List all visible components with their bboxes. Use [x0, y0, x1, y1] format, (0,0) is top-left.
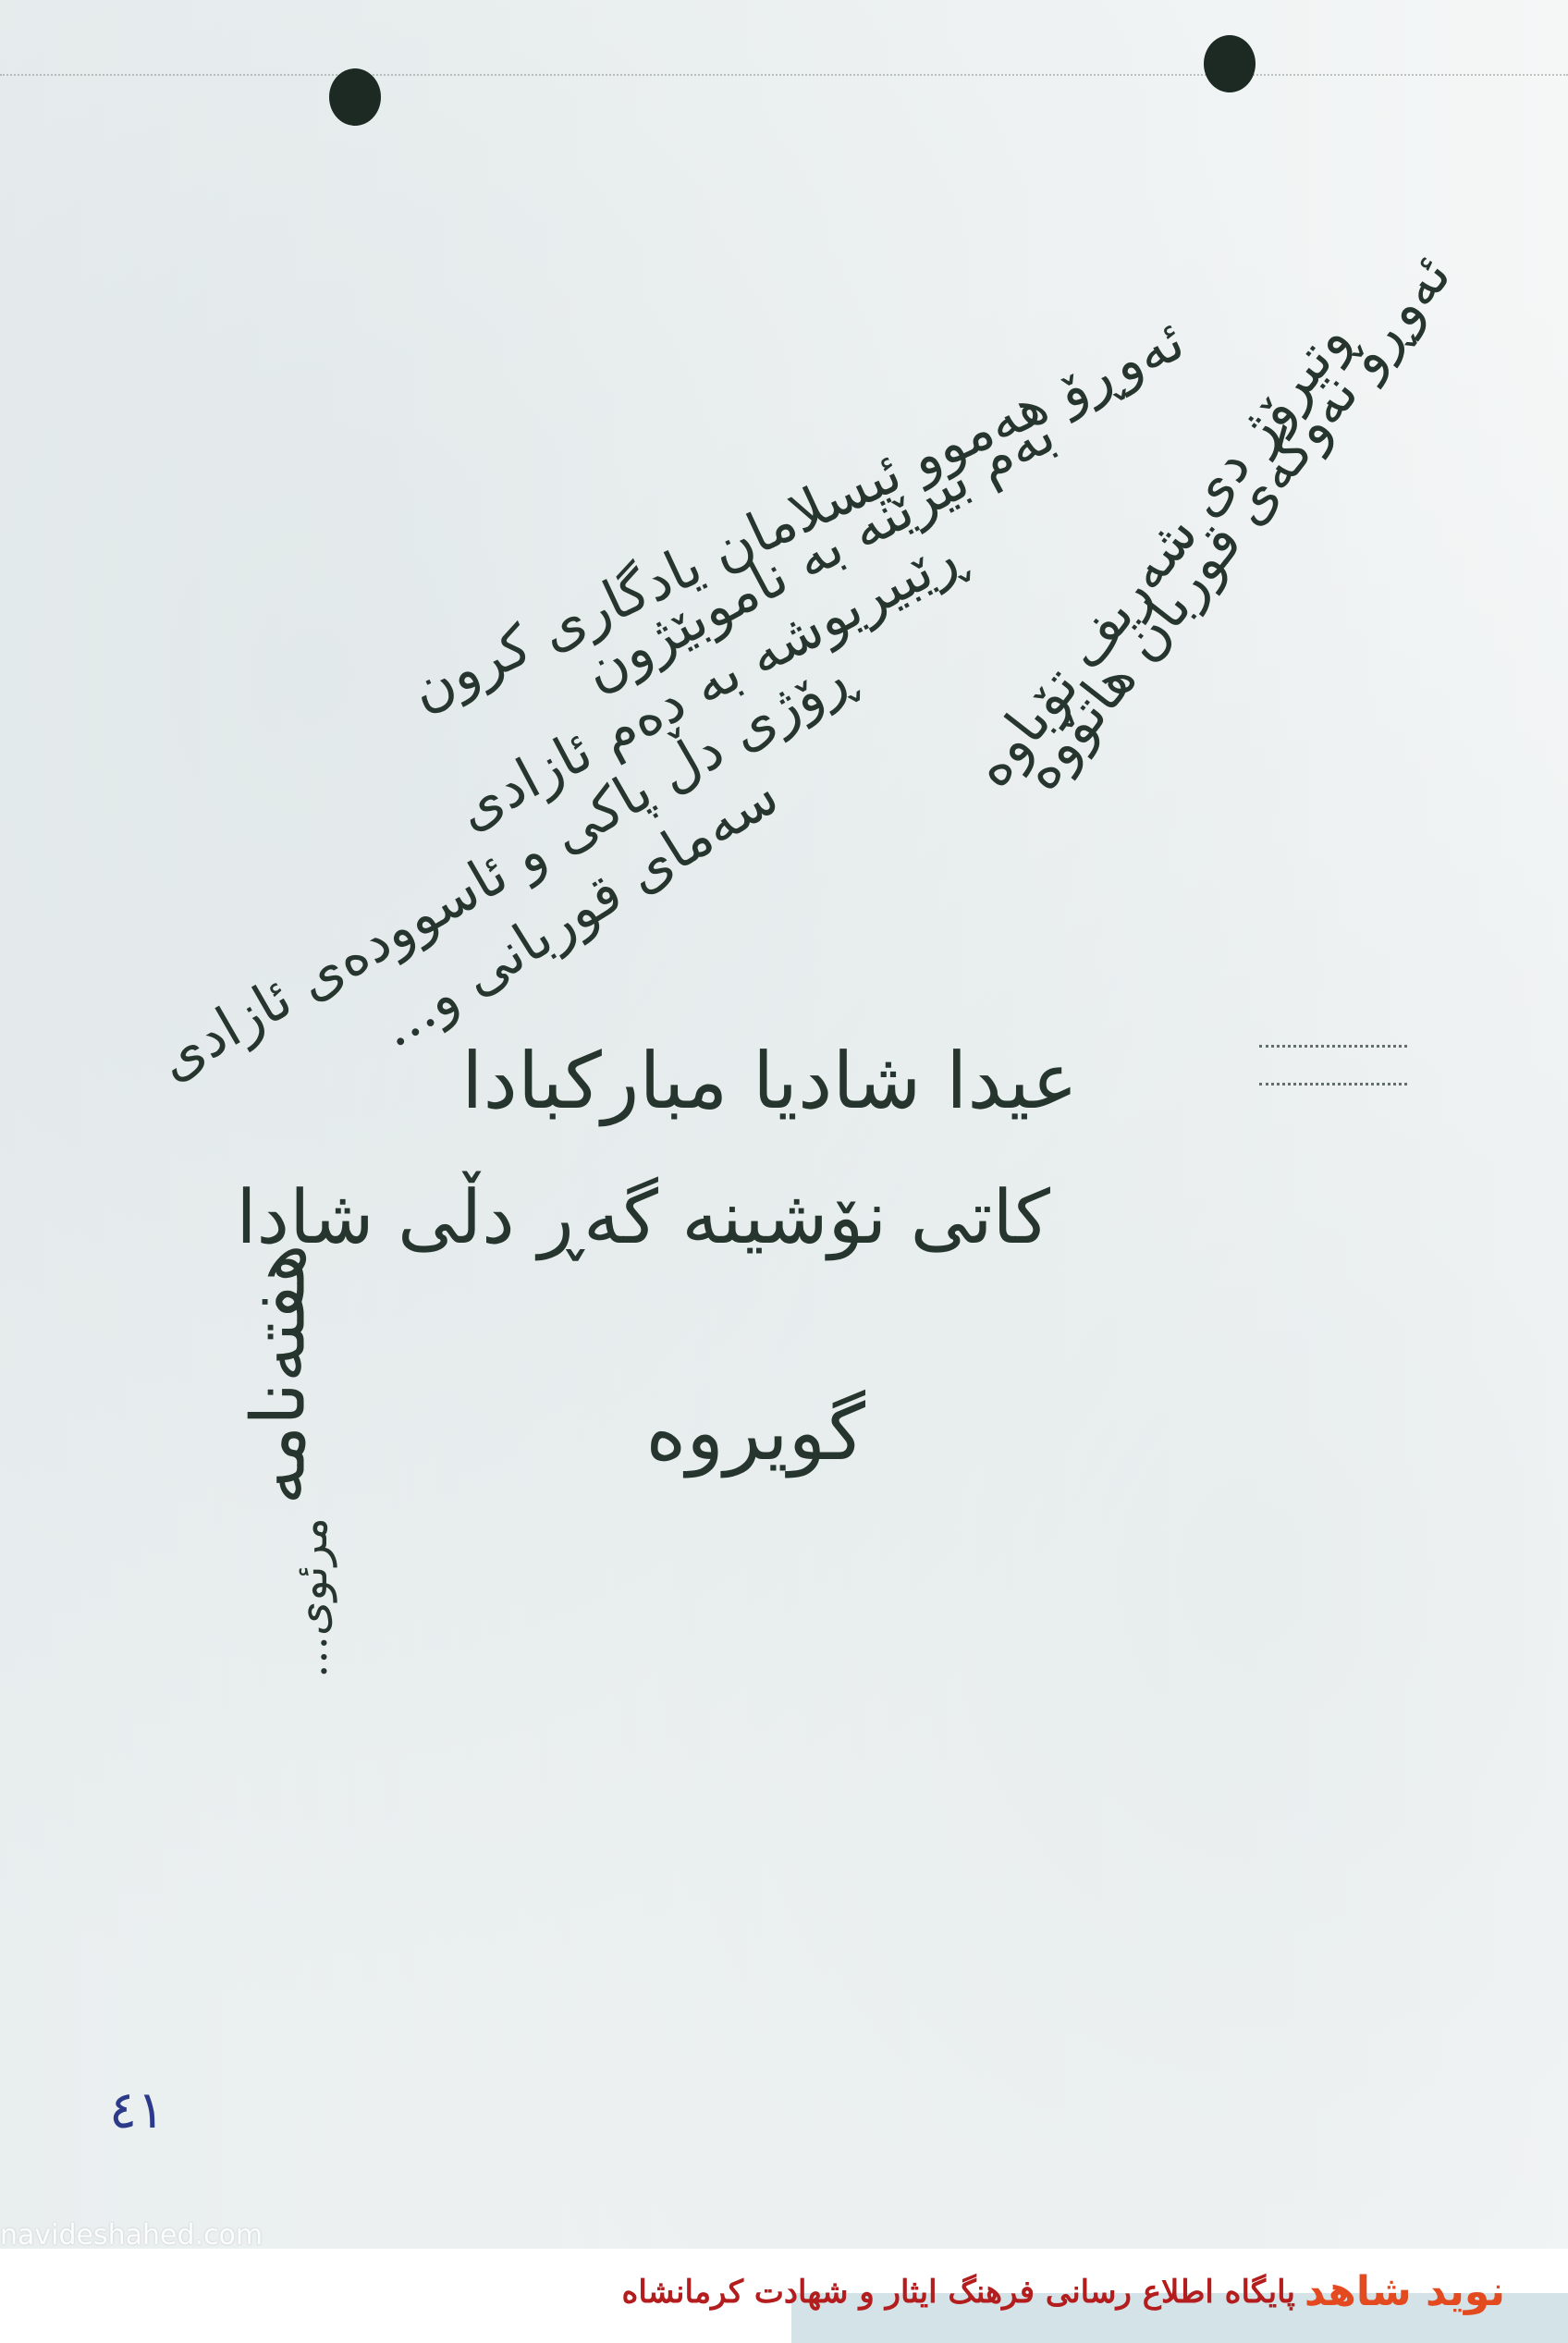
scanned-page: بۆ هاوڕێی ئازیز ... بەرێز ئەوڕۆ نەوکەی ق…: [0, 0, 1568, 2249]
fold-line: [0, 74, 1568, 76]
poem-line-1: ئەوڕۆ نەوکەی قوربان هاتۆوە: [1008, 243, 1464, 802]
poem-line-6: ڕۆژی دڵ پاکی و ئاسوودەی ئازادی: [147, 643, 864, 1094]
couplet-line-2: کاتی نۆشینە گەڕ دڵی شادا: [236, 1174, 1050, 1260]
watermark-brand: نوید شاهد پایگاه اطلاع رسانی فرهنگ ایثار…: [622, 2273, 1505, 2312]
page-number: ٤١: [109, 2080, 165, 2141]
margin-note: مرئوی...: [286, 1517, 337, 1678]
punch-hole-left: [329, 68, 381, 126]
brand-tagline: پایگاه اطلاع رسانی فرهنگ ایثار و شهادت ک…: [622, 2274, 1295, 2311]
watermark-url: navideshahed.com: [0, 2219, 263, 2251]
brand-logo: نوید شاهد: [1305, 2273, 1505, 2312]
punch-hole-right: [1204, 35, 1256, 92]
faint-dotted-marks: [1259, 1045, 1407, 1119]
signature: گویروە: [645, 1387, 865, 1478]
couplet-line-1: عیدا شادیا مبارکبادا: [461, 1036, 1078, 1126]
margin-title: هفتەنامە: [236, 1244, 322, 1504]
